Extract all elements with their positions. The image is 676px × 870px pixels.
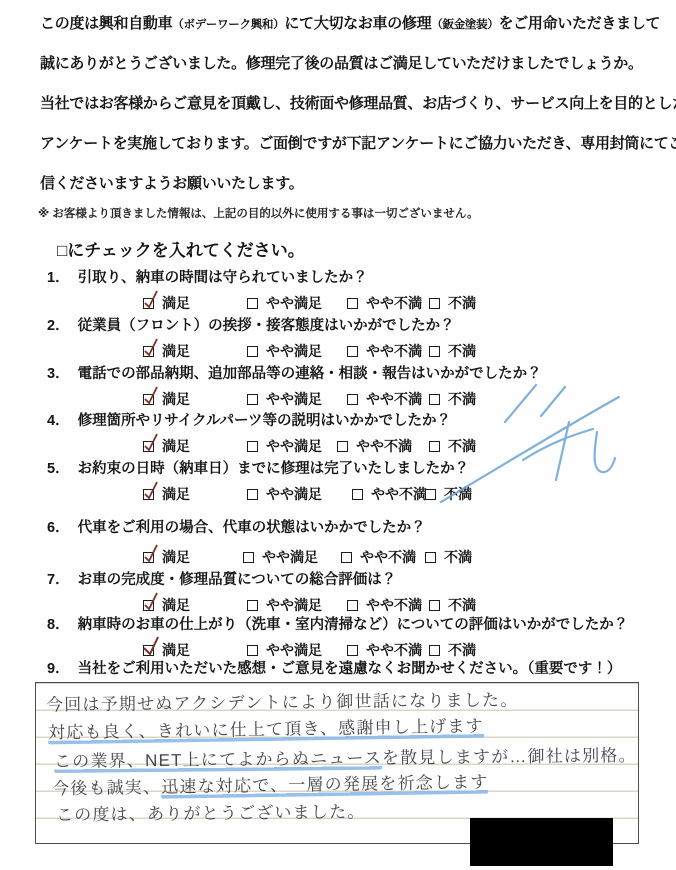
question-7: 7．お車の完成度・修理品質についての総合評価は？ 満足 やや満足 やや不満 不満 xyxy=(0,568,676,613)
question-number: 6． xyxy=(47,520,70,536)
privacy-note: ※ お客様より頂きました情報は、上記の目的以外に使用する事は一切ございません。 xyxy=(38,205,479,221)
intro-line: 当社ではお客様からご意見を頂戴し、技術面や修理品質、お店づくり、サービス向上を目… xyxy=(40,92,676,113)
intro-text: をご用命いただきまして xyxy=(499,15,661,32)
checkbox[interactable] xyxy=(429,600,440,611)
question-label: 7．お車の完成度・修理品質についての総合評価は？ xyxy=(47,568,676,589)
option-label: やや不満 xyxy=(356,436,412,456)
option-fuman: 不満 xyxy=(429,595,476,615)
option-label: 満足 xyxy=(162,595,190,615)
question-number: 9． xyxy=(47,661,70,677)
question-6: 6．代車をご利用の場合、代車の状態はいかかでしたか？ 満足 やや満足 やや不満 … xyxy=(0,516,676,565)
question-number: 4． xyxy=(47,413,70,429)
option-manzoku: 満足 xyxy=(143,389,190,409)
question-2: 2．従業員（フロント）の挨拶・接客態度はいかがでしたか？ 満足 やや満足 やや不… xyxy=(0,314,676,359)
checkbox[interactable] xyxy=(247,645,258,656)
question-9: 9．当社をご利用いただいた感想・ご意見を遠慮なくお聞かせください。（重要です！） xyxy=(0,657,676,678)
option-yaya-fuman: やや不満 xyxy=(347,595,422,615)
checkbox[interactable] xyxy=(347,298,358,309)
handwriting-text-underlined: 対応も良く、きれいに仕上て頂き、感謝申し上げます xyxy=(48,717,484,745)
checkbox[interactable] xyxy=(243,552,254,563)
checkbox[interactable] xyxy=(347,600,358,611)
question-text: お約束の日時（納車日）までに修理は完了いたしましたか？ xyxy=(78,461,470,477)
option-label: やや満足 xyxy=(266,389,322,409)
options-row: 満足 やや満足 やや不満 不満 xyxy=(0,547,676,565)
checkbox[interactable] xyxy=(347,394,358,405)
checkbox[interactable] xyxy=(247,298,258,309)
option-fuman: 不満 xyxy=(429,341,476,361)
question-8: 8．納車時のお車の仕上がり（洗車・室内清掃など）についての評価はいかがでしたか？… xyxy=(0,613,676,658)
option-label: 不満 xyxy=(444,547,472,567)
option-label: やや不満 xyxy=(360,547,416,567)
option-label: 満足 xyxy=(162,547,190,567)
option-yaya-fuman: やや不満 xyxy=(347,389,422,409)
question-text: 修理箇所やリサイクルパーツ等の説明はいかかでしたか？ xyxy=(78,413,451,429)
option-yaya-manzoku: やや満足 xyxy=(247,484,322,504)
option-label: 不満 xyxy=(448,293,476,313)
checkbox-checked[interactable] xyxy=(143,600,154,611)
checkbox[interactable] xyxy=(247,600,258,611)
checkbox[interactable] xyxy=(247,346,258,357)
checkbox-checked[interactable] xyxy=(143,394,154,405)
option-label: やや不満 xyxy=(371,484,427,504)
option-label: やや不満 xyxy=(366,389,422,409)
check-mark-icon xyxy=(142,479,160,501)
intro-line: 信くださいますようお願いいたします。 xyxy=(40,172,303,193)
option-manzoku: 満足 xyxy=(143,547,190,567)
option-yaya-manzoku: やや満足 xyxy=(247,595,322,615)
option-label: やや満足 xyxy=(266,595,322,615)
option-label: 不満 xyxy=(448,595,476,615)
question-text: お車の完成度・修理品質についての総合評価は？ xyxy=(78,572,397,588)
handwriting-text: 今後も誠実、 xyxy=(52,778,161,799)
question-label: 2．従業員（フロント）の挨拶・接客態度はいかがでしたか？ xyxy=(47,314,676,335)
option-label: 満足 xyxy=(162,341,190,361)
options-row: 満足 やや満足 やや不満 不満 xyxy=(0,293,676,311)
intro-text: にて大切なお車の修理 xyxy=(284,15,431,32)
checkbox[interactable] xyxy=(337,441,348,452)
blue-pen-scribble xyxy=(435,378,625,513)
option-yaya-manzoku: やや満足 xyxy=(247,389,322,409)
checkbox[interactable] xyxy=(429,298,440,309)
checkbox-checked[interactable] xyxy=(143,346,154,357)
question-label: 1．引取り、納車の時間は守られていましたか？ xyxy=(47,266,676,287)
intro-text-small: （ボデーワーク興和） xyxy=(172,19,284,31)
checkbox-checked[interactable] xyxy=(143,489,154,500)
options-row: 満足 やや満足 やや不満 不満 xyxy=(0,595,676,613)
option-manzoku: 満足 xyxy=(143,595,190,615)
option-label: やや不満 xyxy=(366,293,422,313)
option-yaya-manzoku: やや満足 xyxy=(247,293,322,313)
question-number: 2． xyxy=(47,318,70,334)
option-fuman: 不満 xyxy=(425,547,472,567)
option-yaya-fuman: やや不満 xyxy=(341,547,416,567)
checkbox[interactable] xyxy=(347,645,358,656)
option-yaya-manzoku: やや満足 xyxy=(247,341,322,361)
check-mark-icon xyxy=(142,635,160,657)
survey-document: この度は興和自動車（ボデーワーク興和）にて大切なお車の修理（鈑金塗装）をご用命い… xyxy=(0,0,676,870)
option-label: やや満足 xyxy=(262,547,318,567)
option-label: やや不満 xyxy=(366,595,422,615)
checkbox[interactable] xyxy=(352,489,363,500)
handwriting-text-underlined: 迅速な対応で、一層の発展を祈念します xyxy=(161,773,489,799)
option-fuman: 不満 xyxy=(429,293,476,313)
intro-line: アンケートを実施しております。ご面倒ですが下記アンケートにご協力いただき、専用封… xyxy=(40,132,676,153)
question-number: 1． xyxy=(47,270,70,286)
option-yaya-manzoku: やや満足 xyxy=(247,436,322,456)
question-text: 従業員（フロント）の挨拶・接客態度はいかがでしたか？ xyxy=(78,318,455,334)
options-row: 満足 やや満足 やや不満 不満 xyxy=(0,640,676,658)
checkbox[interactable] xyxy=(247,489,258,500)
question-label: 6．代車をご利用の場合、代車の状態はいかかでしたか？ xyxy=(47,516,676,537)
question-label: 9．当社をご利用いただいた感想・ご意見を遠慮なくお聞かせください。（重要です！） xyxy=(47,657,676,678)
handwriting-text: この度は、ありがとうございました。 xyxy=(56,802,366,824)
checkbox[interactable] xyxy=(347,346,358,357)
question-text: 当社をご利用いただいた感想・ご意見を遠慮なくお聞かせください。（重要です！） xyxy=(78,661,622,677)
option-label: 満足 xyxy=(162,389,190,409)
question-label: 8．納車時のお車の仕上がり（洗車・室内清掃など）についての評価はいかがでしたか？ xyxy=(47,613,676,634)
check-mark-icon xyxy=(142,542,160,564)
checkbox[interactable] xyxy=(247,394,258,405)
option-label: やや満足 xyxy=(266,293,322,313)
option-label: 満足 xyxy=(162,293,190,313)
intro-text-small: （鈑金塗装） xyxy=(431,19,498,31)
option-yaya-fuman: やや不満 xyxy=(347,293,422,313)
redaction-box xyxy=(470,818,613,866)
option-manzoku: 満足 xyxy=(143,484,190,504)
question-number: 7． xyxy=(47,572,70,588)
intro-line: この度は興和自動車（ボデーワーク興和）にて大切なお車の修理（鈑金塗装）をご用命い… xyxy=(40,12,660,33)
question-1: 1．引取り、納車の時間は守られていましたか？ 満足 やや満足 やや不満 不満 xyxy=(0,266,676,311)
question-number: 8． xyxy=(47,617,70,633)
option-label: やや満足 xyxy=(266,436,322,456)
instruction-heading: □にチェックを入れてください。 xyxy=(57,236,305,261)
option-yaya-fuman: やや不満 xyxy=(337,436,412,456)
checkbox-checked[interactable] xyxy=(143,441,154,452)
option-yaya-manzoku: やや満足 xyxy=(243,547,318,567)
checkbox-checked[interactable] xyxy=(143,552,154,563)
checkbox[interactable] xyxy=(425,552,436,563)
checkbox[interactable] xyxy=(429,346,440,357)
intro-text: この度は興和自動車 xyxy=(40,15,172,32)
question-number: 5． xyxy=(47,461,70,477)
check-mark-icon xyxy=(142,288,160,310)
option-yaya-fuman: やや不満 xyxy=(347,341,422,361)
handwriting-line: 今回は予期せぬアクシデントにより御世話になりました。 xyxy=(46,686,519,716)
option-manzoku: 満足 xyxy=(143,436,190,456)
option-label: 満足 xyxy=(162,436,190,456)
option-label: 不満 xyxy=(448,341,476,361)
option-manzoku: 満足 xyxy=(143,341,190,361)
option-label: やや満足 xyxy=(266,341,322,361)
option-manzoku: 満足 xyxy=(143,293,190,313)
check-mark-icon xyxy=(142,336,160,358)
option-label: やや不満 xyxy=(366,341,422,361)
question-text: 引取り、納車の時間は守られていましたか？ xyxy=(78,270,368,286)
handwriting-line: 対応も良く、きれいに仕上て頂き、感謝申し上げます xyxy=(48,712,484,744)
handwriting-line: この度は、ありがとうございました。 xyxy=(56,797,366,825)
intro-line: 誠にありがとうございました。修理完了後の品質はご満足していただけましたでしょうか… xyxy=(40,52,643,73)
options-row: 満足 やや満足 やや不満 不満 xyxy=(0,341,676,359)
checkbox-checked[interactable] xyxy=(143,645,154,656)
handwriting-text: を散見しますが…御社は別格。 xyxy=(382,746,637,768)
check-mark-icon xyxy=(142,590,160,612)
checkbox[interactable] xyxy=(247,441,258,452)
question-number: 3． xyxy=(47,366,70,382)
handwriting-line: この業界、NET上にてよからぬニュースを散見しますが…御社は別格。 xyxy=(54,741,637,772)
question-text: 納車時のお車の仕上がり（洗車・室内清掃など）についての評価はいかがでしたか？ xyxy=(78,617,629,633)
handwriting-text: 今回は予期せぬアクシデントにより御世話になりました。 xyxy=(46,691,519,715)
check-mark-icon xyxy=(142,431,160,453)
question-text: 代車をご利用の場合、代車の状態はいかかでしたか？ xyxy=(78,520,426,536)
checkbox-checked[interactable] xyxy=(143,298,154,309)
checkbox[interactable] xyxy=(429,645,440,656)
checkbox[interactable] xyxy=(341,552,352,563)
option-yaya-fuman: やや不満 xyxy=(352,484,427,504)
option-label: 満足 xyxy=(162,484,190,504)
check-mark-icon xyxy=(142,384,160,406)
option-label: やや満足 xyxy=(266,484,322,504)
